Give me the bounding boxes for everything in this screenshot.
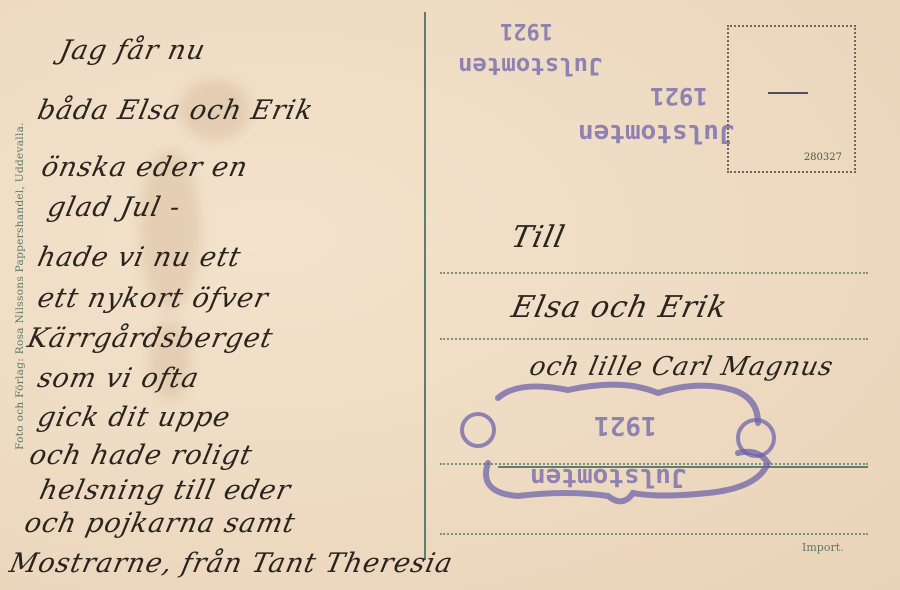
center-divider	[424, 12, 426, 560]
message-line: och hade roligt	[27, 440, 256, 471]
stamp-year: 1921	[594, 410, 657, 440]
message-line: Mostrarne, från Tant Theresia	[7, 548, 456, 579]
address-line	[440, 338, 868, 340]
stamp-name: Julstomten	[578, 118, 735, 148]
message-line: gick dit uppe	[35, 402, 234, 433]
message-line: helsning till eder	[37, 475, 294, 506]
message-line: önska eder en	[39, 152, 251, 183]
stamp-name: Julstomten	[530, 462, 687, 492]
stamp-year: 1921	[500, 18, 553, 43]
address-line-text: Elsa och Erik	[508, 290, 730, 325]
address-line	[440, 533, 868, 535]
address-line	[440, 272, 868, 274]
message-line: som vi ofta	[35, 363, 203, 394]
pen-mark	[768, 92, 808, 94]
stamp-box: 280327	[727, 25, 856, 173]
stamp-name: Julstomten	[458, 52, 603, 80]
publisher-imprint: Foto och Förlag: Rosa Nilssons Pappersha…	[14, 41, 26, 531]
message-line: ett nykort öfver	[35, 283, 272, 314]
stamp-year: 1921	[650, 82, 708, 110]
message-line: båda Elsa och Erik	[35, 95, 317, 126]
message-line: glad Jul -	[45, 192, 184, 223]
message-line: Kärrgårdsberget	[25, 323, 276, 354]
message-line: Jag får nu	[57, 35, 209, 66]
message-line: och pojkarna samt	[22, 508, 299, 539]
address-line-text: Till	[508, 220, 568, 255]
import-label: Import.	[802, 541, 844, 554]
postcard-back: Foto och Förlag: Rosa Nilssons Pappersha…	[0, 0, 900, 590]
stamp-box-number: 280327	[804, 152, 842, 163]
message-line: hade vi nu ett	[35, 242, 244, 273]
